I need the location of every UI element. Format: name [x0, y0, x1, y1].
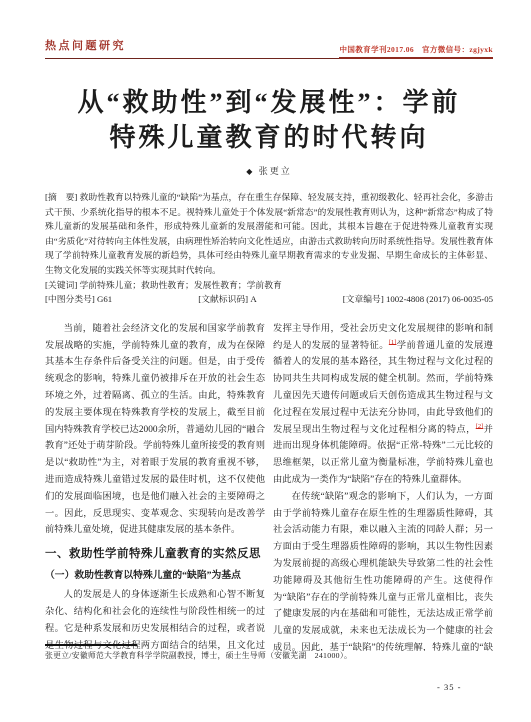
page-content: 热点问题研究 中国教育学刊2017.06 官方微信号：zgjyxk 从“救助性”… — [45, 36, 493, 651]
abstract-block: [摘 要] 救助性教育以特殊儿童的“缺陷”为基点，存在重生存保障、轻发展支持，重… — [45, 190, 493, 307]
section-heading: 一、救助性学前特殊儿童教育的实然反思 — [45, 547, 265, 562]
clc-item: [中图分类号] G61 — [45, 292, 112, 307]
header-rule-left: 热点问题研究 — [45, 36, 339, 59]
footnote-divider — [45, 644, 137, 646]
abstract-label: [摘 要] — [45, 192, 77, 202]
paragraph: 当前，随着社会经济文化的发展和国家学前教育发展战略的实施，学前特殊儿童的教育，成… — [45, 321, 265, 539]
clc-label: [中图分类号] — [45, 294, 95, 304]
article-title-line1: 从“救助性”到“发展性”：学前 — [45, 85, 493, 120]
doc-code-value: A — [250, 294, 256, 304]
subsection-heading: （一）救助性教育以特殊儿童的“缺陷”为基点 — [45, 569, 265, 583]
right-column: 发挥主导作用，受社会历史文化发展规律的影响和制约是人的发展的显著特征。[1]学前… — [273, 321, 493, 651]
article-id-label: [文章编号] — [343, 294, 384, 304]
article-id-value: 1002-4808 (2017) 06-0035-05 — [386, 294, 493, 304]
abstract-paragraph: [摘 要] 救助性教育以特殊儿童的“缺陷”为基点，存在重生存保障、轻发展支持，重… — [45, 190, 493, 278]
paragraph: 在传统“缺陷”观念的影响下，人们认为，一方面由于学前特殊儿童存在原生性的生理器质… — [273, 489, 493, 651]
body-columns: 当前，随着社会经济文化的发展和国家学前教育发展战略的实施，学前特殊儿童的教育，成… — [45, 321, 493, 651]
doc-code-item: [文献标识码] A — [198, 292, 256, 307]
page-number: - 35 - — [437, 682, 461, 692]
paragraph-text: 学前普通儿童的发展遵循着人的发展的基本路径，其生物过程与文化过程的协同共生共同构… — [273, 341, 493, 435]
paragraph: 发挥主导作用，受社会历史文化发展规律的影响和制约是人的发展的显著特征。[1]学前… — [273, 321, 493, 489]
footnote-area: 张更立/安徽师范大学教育科学学院副教授，博士，硕士生导师（安徽芜湖 241000… — [45, 644, 493, 661]
paragraph: 人的发展是人的身体逐渐生长成熟和心智不断复杂化、结构化和社会化的连续性与阶段性相… — [45, 587, 265, 651]
keywords-line: [关键词] 学前特殊儿童；救助性教育；发展性教育；学前教育 — [45, 278, 493, 293]
diamond-bullet-icon: ◆ — [246, 167, 254, 176]
abstract-text: 救助性教育以特殊儿童的“缺陷”为基点，存在重生存保障、轻发展支持，重初级教化、轻… — [45, 192, 493, 275]
article-title: 从“救助性”到“发展性”：学前 特殊儿童教育的时代转向 — [45, 85, 493, 155]
keywords-text: 学前特殊儿童；救助性教育；发展性教育；学前教育 — [79, 280, 281, 290]
footnote-text: 张更立/安徽师范大学教育科学学院副教授，博士，硕士生导师（安徽芜湖 241000… — [45, 650, 493, 661]
author-line: ◆ 张更立 — [45, 164, 493, 177]
article-title-line2: 特殊儿童教育的时代转向 — [45, 120, 493, 155]
author-name: 张更立 — [259, 166, 292, 176]
clc-value: G61 — [97, 294, 112, 304]
article-id-item: [文章编号] 1002-4808 (2017) 06-0035-05 — [343, 292, 493, 307]
keywords-label: [关键词] — [45, 280, 77, 290]
journal-info: 中国教育学刊2017.06 官方微信号：zgjyxk — [339, 44, 493, 59]
left-column: 当前，随着社会经济文化的发展和国家学前教育发展战略的实施，学前特殊儿童的教育，成… — [45, 321, 265, 651]
doc-code-label: [文献标识码] — [198, 294, 248, 304]
classification-line: [中图分类号] G61 [文献标识码] A [文章编号] 1002-4808 (… — [45, 292, 493, 307]
page-header: 热点问题研究 中国教育学刊2017.06 官方微信号：zgjyxk — [45, 36, 493, 59]
paper-page: 热点问题研究 中国教育学刊2017.06 官方微信号：zgjyxk 从“救助性”… — [0, 0, 531, 722]
column-section-label: 热点问题研究 — [45, 40, 126, 52]
